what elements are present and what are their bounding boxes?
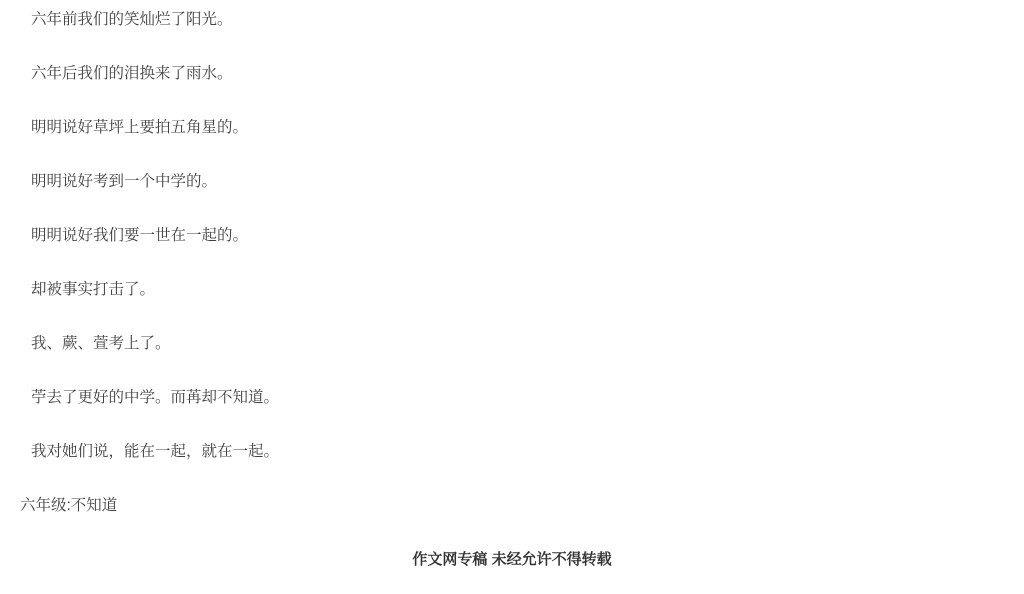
essay-paragraph: 明明说好我们要一世在一起的。: [31, 226, 1004, 246]
essay-paragraph: 六年后我们的泪换来了雨水。: [31, 64, 1004, 84]
copyright-notice: 作文网专稿 未经允许不得转载: [20, 550, 1004, 570]
essay-paragraph: 明明说好草坪上要拍五角星的。: [31, 118, 1004, 138]
essay-paragraph: 我、蕨、萱考上了。: [31, 334, 1004, 354]
essay-paragraph: 明明说好考到一个中学的。: [31, 172, 1004, 192]
essay-paragraph: 苧去了更好的中学。而苒却不知道。: [31, 388, 1004, 408]
essay-page: 六年前我们的笑灿烂了阳光。 六年后我们的泪换来了雨水。 明明说好草坪上要拍五角星…: [0, 0, 1024, 594]
essay-paragraph: 六年前我们的笑灿烂了阳光。: [31, 10, 1004, 30]
essay-paragraph: 却被事实打击了。: [31, 280, 1004, 300]
grade-line: 六年级:不知道: [20, 496, 1004, 516]
essay-paragraph: 我对她们说，能在一起，就在一起。: [31, 442, 1004, 462]
